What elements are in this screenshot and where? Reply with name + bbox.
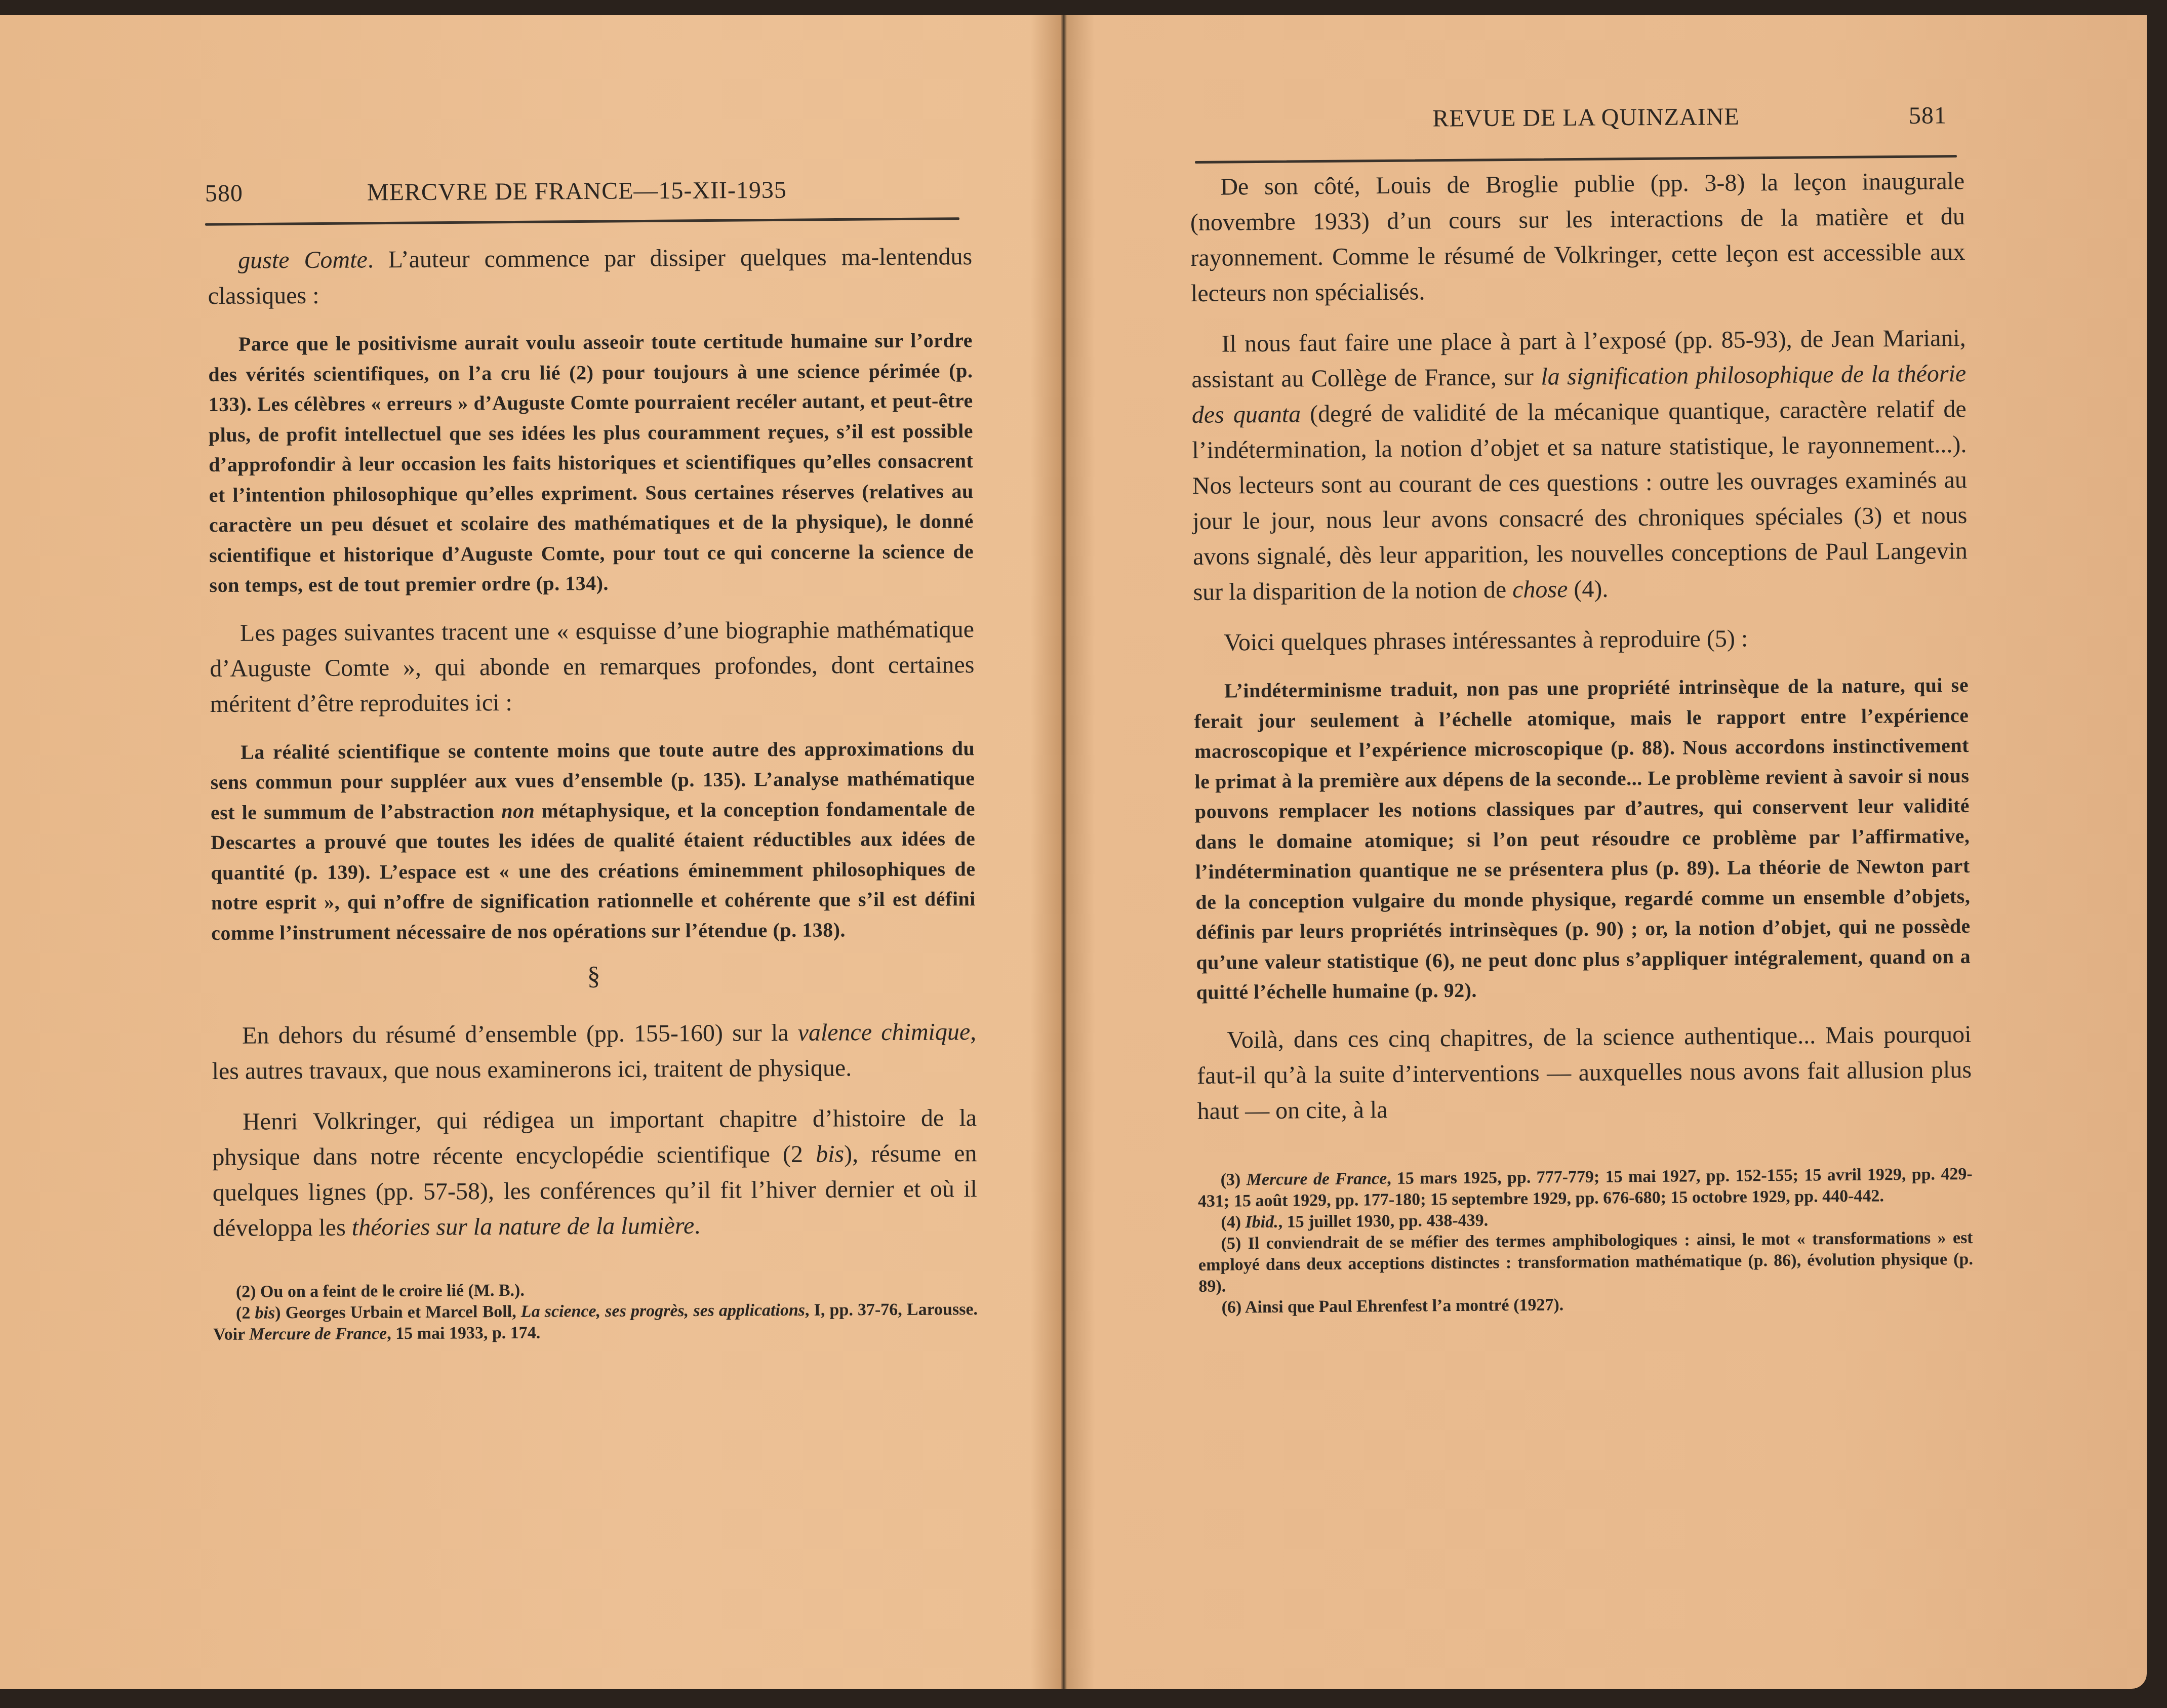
block-quote: Parce que le positivisme aurait voulu as…	[208, 325, 974, 600]
section-break: §	[211, 959, 976, 993]
running-head-title: REVUE DE LA QUINZAINE	[1187, 102, 1909, 134]
book-spread: 580 MERCVRE DE FRANCE—15-XII-1935 guste …	[0, 15, 2147, 1689]
footnote: (2 bis) Georges Urbain et Marcel Boll, L…	[213, 1299, 978, 1345]
page-number: 581	[1909, 101, 1947, 129]
block-quote: L’indéterminisme traduit, non pas une pr…	[1194, 670, 1971, 1007]
text-column: De son côté, Louis de Broglie publie (pp…	[1190, 164, 1974, 1318]
running-head: 580 MERCVRE DE FRANCE—15-XII-1935	[205, 175, 957, 207]
running-head-title: MERCVRE DE FRANCE—15-XII-1935	[367, 176, 787, 207]
right-page: REVUE DE LA QUINZAINE 581 De son côté, L…	[1068, 15, 2147, 1689]
paragraph: Voici quelques phrases intéressantes à r…	[1193, 619, 1969, 661]
paragraph: Voilà, dans ces cinq chapitres, de la sc…	[1196, 1016, 1972, 1129]
footnotes: (3) Mercure de France, 15 mars 1925, pp.…	[1198, 1163, 1974, 1318]
block-quote: La réalité scientifique se contente moin…	[210, 733, 976, 948]
body-text: guste Comte. L’auteur commence par dissi…	[208, 239, 977, 1246]
footnote: (3) Mercure de France, 15 mars 1925, pp.…	[1198, 1163, 1973, 1212]
text-column: guste Comte. L’auteur commence par dissi…	[208, 239, 978, 1345]
body-text: De son côté, Louis de Broglie publie (pp…	[1190, 164, 1972, 1129]
page-number: 580	[205, 179, 367, 208]
paragraph: Il nous faut faire une place à part à l’…	[1191, 321, 1968, 610]
header-rule	[205, 217, 959, 226]
paragraph: De son côté, Louis de Broglie publie (pp…	[1190, 164, 1965, 311]
footnotes: (2) Ou on a feint de le croire lié (M. B…	[213, 1278, 978, 1345]
header-rule	[1195, 155, 1957, 164]
paragraph: Henri Volkringer, qui rédigea un importa…	[212, 1100, 977, 1246]
running-head: REVUE DE LA QUINZAINE 581	[1187, 101, 1947, 134]
paragraph: En dehors du résumé d’ensemble (pp. 155-…	[212, 1014, 977, 1089]
paragraph: guste Comte. L’auteur commence par dissi…	[208, 239, 973, 314]
paragraph: Les pages suivantes tracent une « esquis…	[210, 612, 975, 722]
footnote: (5) Il conviendrait de se méfier des ter…	[1198, 1227, 1973, 1297]
left-page: 580 MERCVRE DE FRANCE—15-XII-1935 guste …	[0, 15, 1063, 1689]
